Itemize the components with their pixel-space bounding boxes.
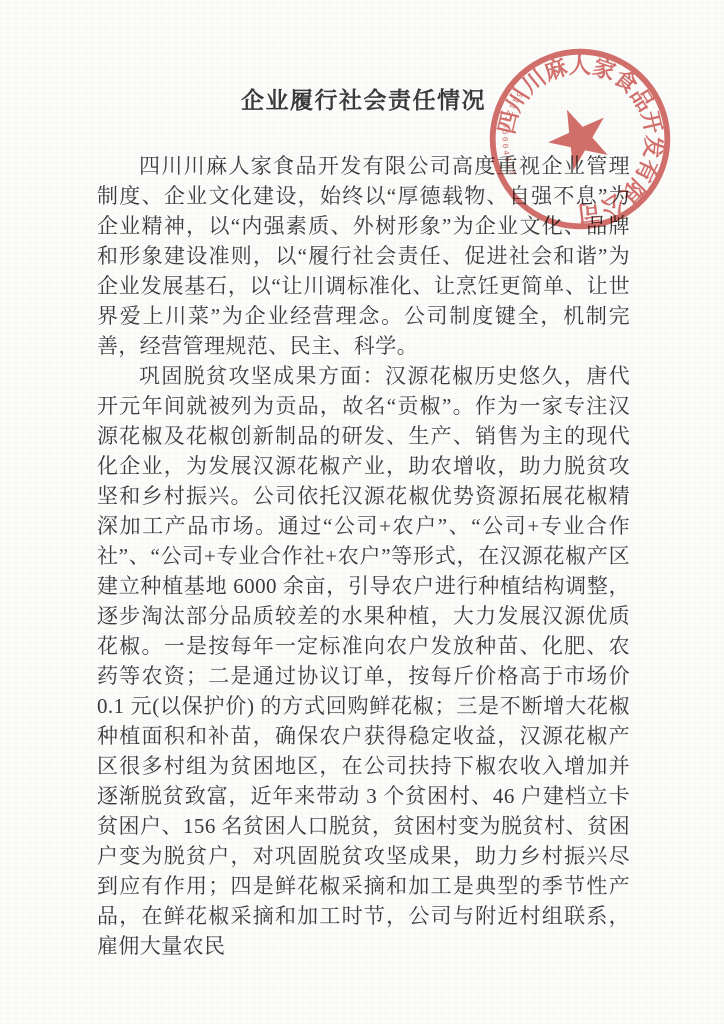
body-paragraph: 巩固脱贫攻坚成果方面：汉源花椒历史悠久，唐代开元年间就被列为贡品，故名“贡椒”。…: [97, 361, 630, 961]
svg-text:5: 5: [500, 130, 509, 136]
document-body: 四川川麻人家食品开发有限公司高度重视企业管理制度、企业文化建设，始终以“厚德载物…: [97, 151, 630, 961]
svg-text:3: 3: [501, 123, 511, 130]
svg-text:发: 发: [639, 134, 667, 159]
svg-text:0: 0: [500, 137, 509, 142]
svg-text:有: 有: [630, 155, 663, 186]
svg-text:开: 开: [637, 109, 667, 137]
document-page: 企业履行社会责任情况 四川川麻人家食品开发有限公司高度重视企业管理制度、企业文化…: [0, 0, 724, 1024]
svg-text:家: 家: [589, 53, 619, 85]
svg-text:0: 0: [500, 143, 509, 149]
svg-text:人: 人: [569, 53, 591, 78]
document-title: 企业履行社会责任情况: [97, 82, 630, 115]
body-paragraph: 四川川麻人家食品开发有限公司高度重视企业管理制度、企业文化建设，始终以“厚德载物…: [97, 151, 630, 361]
svg-text:2: 2: [503, 116, 513, 123]
svg-text:麻: 麻: [541, 54, 571, 85]
svg-text:品: 品: [625, 84, 658, 116]
